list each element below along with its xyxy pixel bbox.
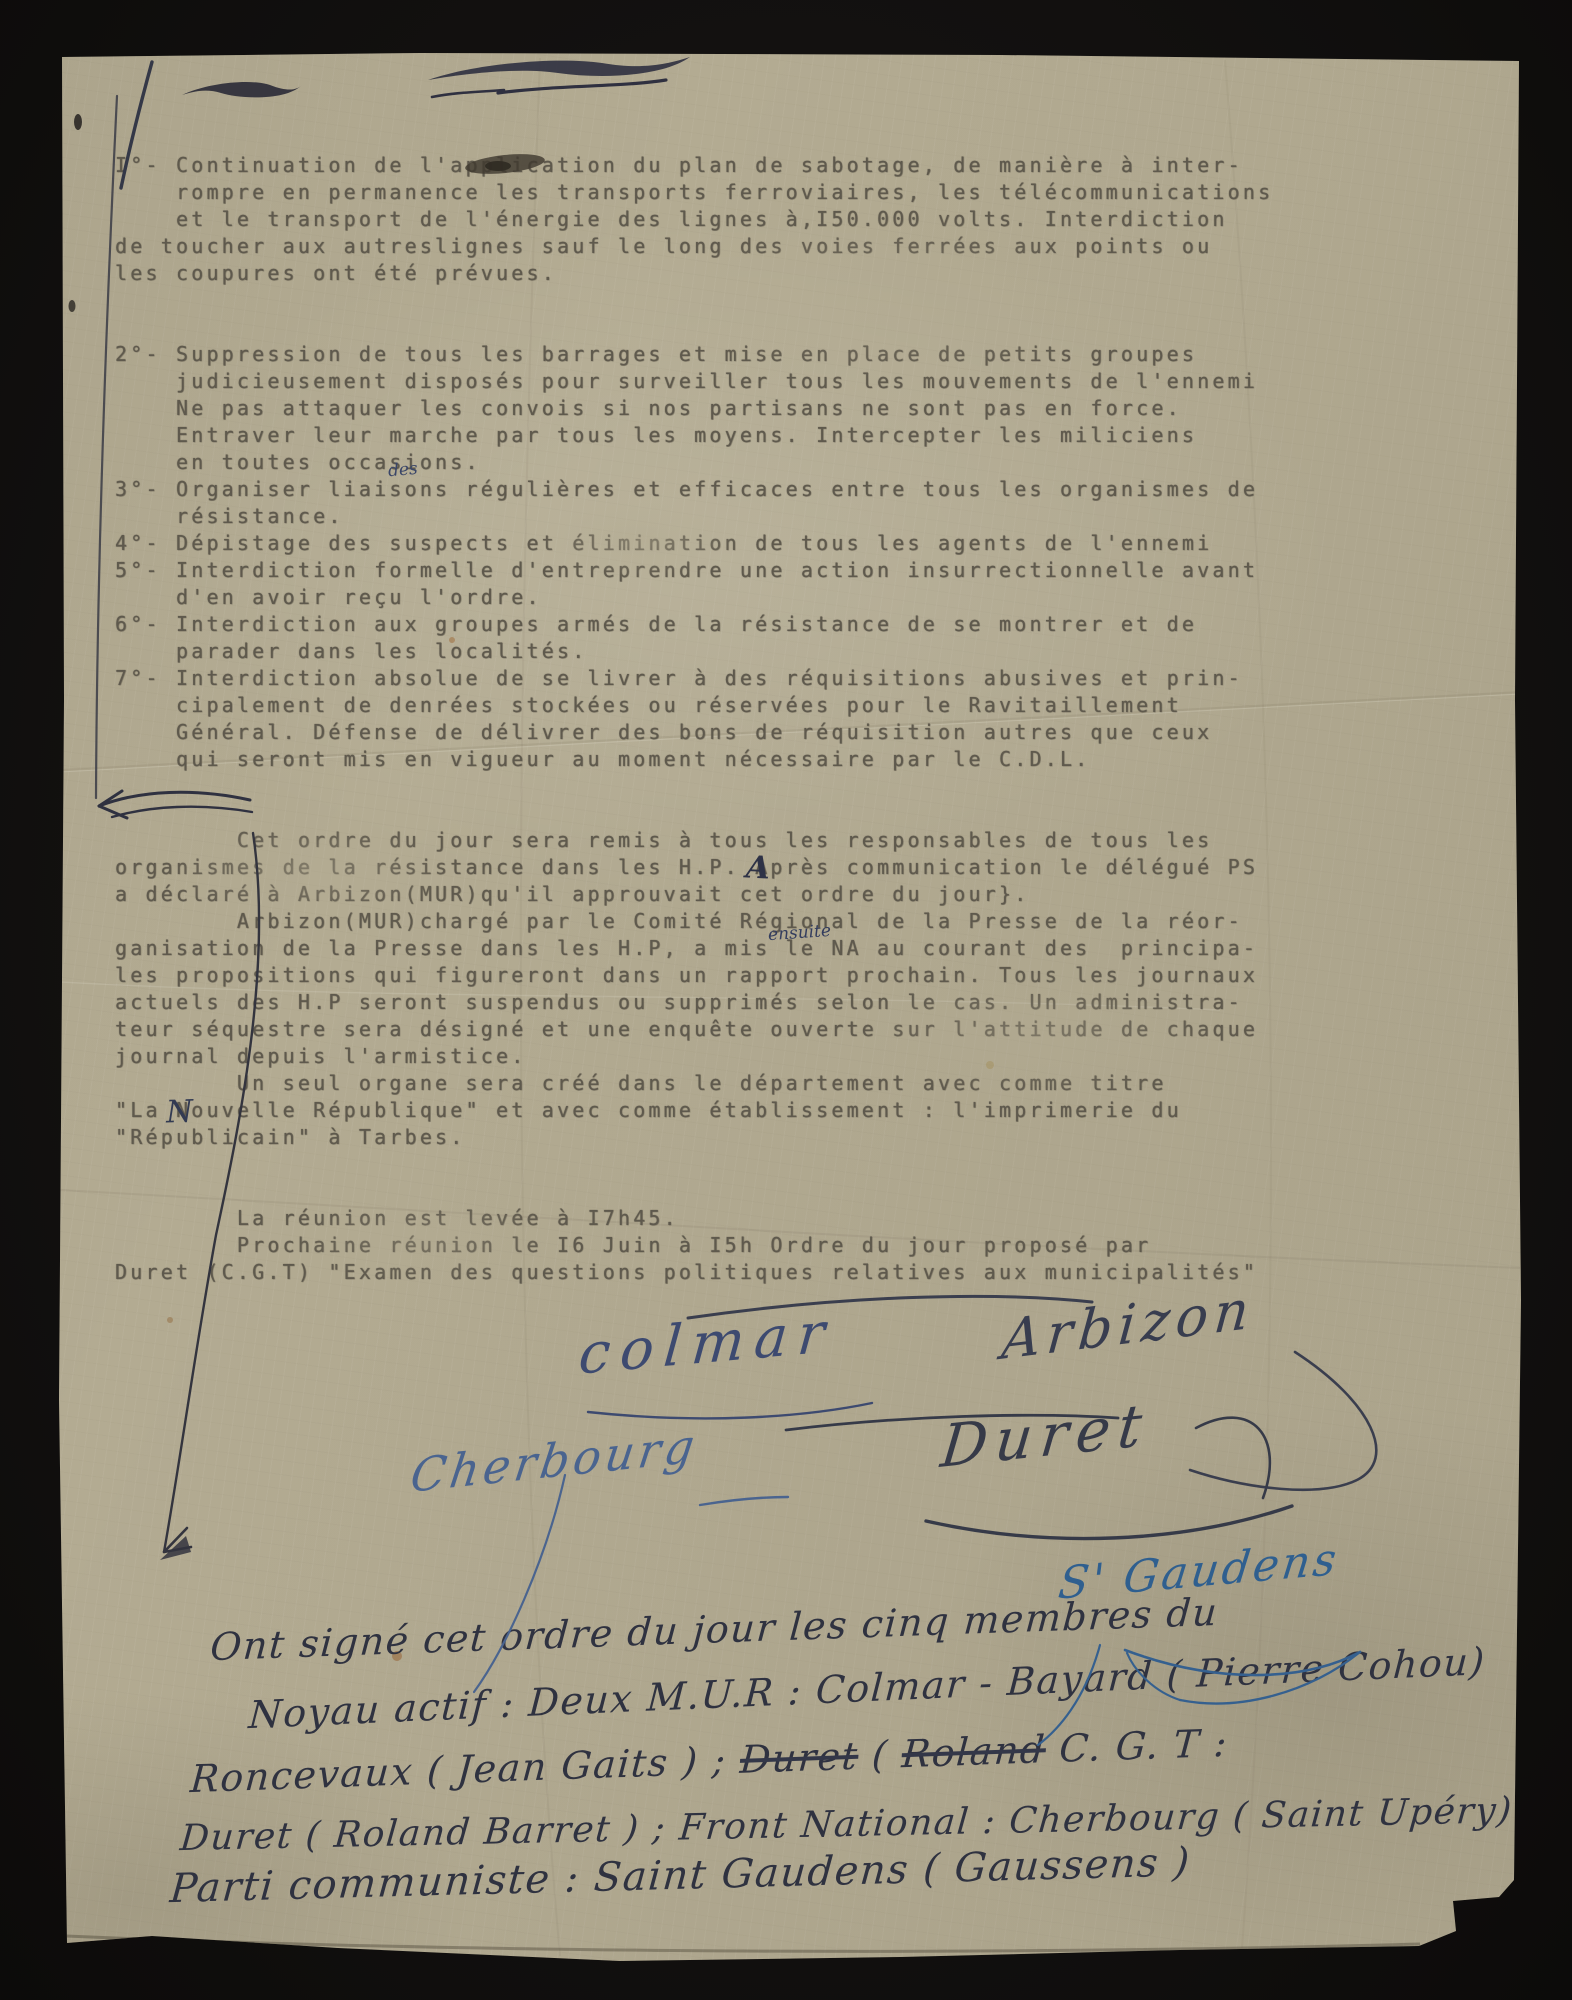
- signature-arbizon: Arbizon: [999, 1277, 1257, 1372]
- signature-cherbourg: Cherbourg: [407, 1418, 701, 1503]
- photo-backdrop: I°- Continuation de l'application du pla…: [0, 0, 1572, 2000]
- handwritten-insertion-des: des: [387, 459, 418, 482]
- handwritten-overwrite-a: A: [745, 849, 771, 886]
- note-line3-struck-roland: Roland: [900, 1727, 1047, 1776]
- document-page: I°- Continuation de l'application du pla…: [0, 0, 1572, 2000]
- signature-colmar: colmar: [576, 1300, 837, 1388]
- signature-duret: Duret: [938, 1390, 1153, 1481]
- note-line3-cgt: C. G. T :: [1044, 1721, 1229, 1771]
- handwritten-overwrite-n: N: [165, 1094, 193, 1131]
- typed-text-body: I°- Continuation de l'application du pla…: [115, 152, 1273, 1286]
- note-line3-paren: (: [857, 1732, 904, 1778]
- note-line3-text: Roncevaux ( Jean Gaits ) ;: [189, 1738, 742, 1801]
- note-line3-struck-duret: Duret: [739, 1734, 860, 1782]
